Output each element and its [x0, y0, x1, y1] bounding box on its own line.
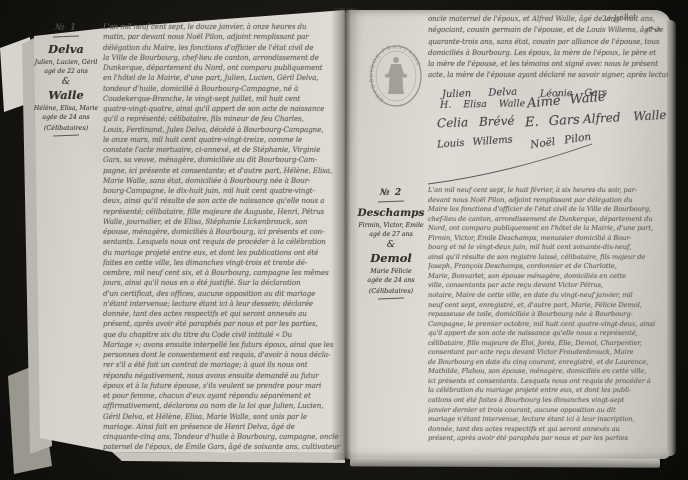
handwriting-line: domiciliés à Bourbourg. Les époux, la mè…	[428, 47, 668, 58]
handwriting-line: Louis, Ferdinand, Jules Delva, décédé à …	[103, 125, 343, 135]
handwriting-line: qu'il a représenté; célibataire, fils mi…	[103, 114, 343, 124]
handwriting-line: Dunkerque, département du Nord, ont comp…	[103, 63, 343, 73]
handwriting-line: rer s'il a été fait un contrat de mariag…	[103, 360, 343, 370]
handwriting-line: Nord, ont comparu publiquement en l'hôte…	[428, 224, 668, 234]
signature: H. Elisa Walle	[440, 98, 525, 110]
handwriting-line: cinquante-cinq ans, Tondeur d'huile à Bo…	[103, 432, 343, 442]
handwriting-line: Campagne, le premier octobre, mil huit c…	[428, 320, 668, 330]
record-1-act-text: L'an mil neuf cent sept, le douze janvie…	[103, 22, 343, 453]
handwriting-line: de Bourbourg en date du cinq courant, en…	[428, 358, 668, 368]
record-1-bride-given-names: Hélène, Elisa, Marie	[27, 105, 105, 112]
record-2-number: № 2	[352, 188, 430, 198]
record-1-bride-surname: Walle	[27, 88, 105, 102]
signature: Celia Brévé	[437, 114, 515, 131]
handwriting-line: la Ville de Bourbourg, chef-lieu de cant…	[103, 53, 343, 63]
record-2-marital-status: (Célibataires)	[352, 287, 430, 295]
handwriting-line: épouse, ménagère, domiciliés à Bourbourg…	[103, 227, 343, 237]
handwriting-line: tondeur d'huile, domicilié à Bourbourg-C…	[103, 84, 343, 94]
handwriting-line: sentants. Lesquels nous ont requis de pr…	[103, 237, 343, 247]
handwriting-line: matin, par devant nous Noël Pilon, adjoi…	[103, 32, 343, 42]
record-1-groom-age: agé de 22 ans	[27, 68, 105, 75]
handwriting-line: notaire, Maire de cette ville, en date d…	[428, 291, 668, 301]
handwriting-line: paternel de l'époux, de Émile Gars, âgé …	[103, 442, 343, 452]
page-stack-edge-right	[667, 20, 676, 456]
handwriting-line: constate l'acte mortuaire, ci-annexé, et…	[103, 145, 343, 155]
handwriting-line: bourg-Campagne, le dix-huit juin, mil hu…	[103, 186, 343, 196]
handwriting-line: ici présents et consentants. Lesquels no…	[428, 377, 668, 387]
handwriting-line: affirmativement, déclarons au nom de la …	[103, 401, 343, 411]
handwriting-line: présent, après avoir été paraphés par no…	[103, 319, 343, 329]
handwriting-line: ville, consentants par acte reçu devant …	[428, 281, 668, 291]
handwriting-line: Mariage »; avons ensuite interpellé les …	[103, 340, 343, 350]
handwriting-line: chef-lieu de canton, arrondissement de D…	[428, 215, 668, 225]
handwriting-line: acte, la mère de l'épouse ayant déclaré …	[428, 69, 668, 80]
handwriting-line: janvier dernier et trois courant, aucune…	[428, 406, 668, 416]
marianne-figure	[385, 57, 408, 94]
handwriting-line: ainsi qu'il résulte de son registre lais…	[428, 253, 668, 263]
record-2-groom-surname: Deschamps	[352, 207, 430, 219]
handwriting-line: mariage n'étant intervenue, lecture étan…	[428, 415, 668, 425]
page-stack-edge-bottom-right	[350, 457, 660, 467]
handwriting-line: qu'il appert de son acte de naissance qu…	[428, 329, 668, 339]
handwriting-line: Marie, Bonvarlet, son épouse ménagère, d…	[428, 272, 668, 282]
underline-flourish	[53, 135, 79, 137]
handwriting-line: Coudekerque-Branche, le vingt-sept juill…	[103, 94, 343, 104]
handwriting-line: oncle maternel de l'époux, et Alfred Wal…	[428, 13, 668, 24]
handwriting-line: le onze mars, mil huit cent quatre-vingt…	[103, 135, 343, 145]
handwriting-line: cations ont été faites à Bourbourg les d…	[428, 396, 668, 406]
record-1-marital-status: (Célibataires)	[27, 124, 105, 132]
handwriting-line: Gars, sa veuve, ménagère, domiciliée au …	[103, 155, 343, 165]
record-2-margin: № 2 Deschamps Firmin, Victor, Emile agé …	[352, 188, 430, 304]
handwriting-line: Mathilde, Flahou, son épouse, ménagère, …	[428, 367, 668, 377]
handwriting-line: époux et à la future épouse, s'ils veule…	[103, 381, 343, 391]
underline-flourish	[378, 298, 404, 300]
record-2-bride-age: agée de 24 ans	[352, 277, 430, 284]
handwriting-line: la mère de l'épouse, et les témoins ont …	[428, 58, 668, 69]
handwriting-line: du mariage projeté entre eux, et dont le…	[103, 248, 343, 258]
record-1-number: № 1	[27, 23, 105, 33]
signature-flourish	[426, 140, 596, 186]
handwriting-line: consentant par acte reçu devant Victor F…	[428, 348, 668, 358]
handwriting-line: L'an mil neuf cent sept, le douze janvie…	[103, 22, 343, 32]
record-2-groom-given-names: Firmin, Victor, Emile	[352, 222, 430, 229]
republique-francaise-stamp: RÉPUBLIQUE FRANÇAISE	[367, 43, 425, 109]
handwriting-line: en l'hôtel de la Mairie, d'une part, Jul…	[103, 73, 343, 83]
record-2-bride-given-names: Marie Félicie	[352, 268, 430, 275]
handwriting-line: quarante-trois ans, sans état, cousin pa…	[428, 36, 668, 47]
handwriting-line: jours, ainsi qu'il nous en a été justifi…	[103, 278, 343, 288]
handwriting-line: Géril Delva, et Hélène, Elisa, Marie Wal…	[103, 412, 343, 422]
handwriting-line: et pour femme, chacun d'eux ayant répond…	[103, 391, 343, 401]
record-2-act-text: L'an mil neuf cent sept, le huit février…	[428, 186, 668, 444]
handwriting-line: mariage. Ainsi fait en présence de Henri…	[103, 422, 343, 432]
record-1-bride-age: agée de 24 ans	[27, 114, 105, 121]
handwriting-line: Joseph, François Deschamps, cordonnier e…	[428, 262, 668, 272]
underline-flourish	[378, 201, 404, 203]
record-1-groom-surname: Delva	[27, 42, 105, 56]
record-1-act-text-continued: oncle maternel de l'époux, et Alfred Wal…	[428, 13, 668, 81]
ampersand-joiner: &	[27, 76, 105, 87]
handwriting-line: célibataire, fille majeure de Éloi, Joré…	[428, 339, 668, 349]
record-1-margin: № 1 Delva Julien, Lucien, Géril agé de 2…	[27, 23, 105, 141]
handwriting-line: que du chapitre six du titre du Code civ…	[103, 330, 343, 340]
handwriting-line: faites en cette ville, les dimanches vin…	[103, 258, 343, 268]
handwriting-line: négociant, cousin germain de l'épouse, e…	[428, 24, 668, 35]
handwriting-line: présent, après avoir été paraphés par no…	[428, 434, 668, 444]
ampersand-joiner: &	[352, 239, 430, 250]
scanned-register-photo: 2e Juillet № 1 Delva Julien, Lucien, Gér…	[0, 0, 688, 480]
handwriting-line: donnée, tant des actes respectifs et qui…	[103, 309, 343, 319]
handwriting-line: pagne, ici présente et consentante; et d…	[103, 166, 343, 176]
handwriting-line: personnes dont le consentement est requi…	[103, 350, 343, 360]
handwriting-line: bourg et né le vingt-deux juin, mil huit…	[428, 243, 668, 253]
handwriting-line: la célébration du mariage projeté entre …	[428, 386, 668, 396]
record-1-groom-given-names: Julien, Lucien, Géril	[27, 59, 105, 66]
underline-flourish	[53, 36, 79, 38]
handwriting-line: Firmin, Victor, Emile Deschamps, menuisi…	[428, 234, 668, 244]
handwriting-line: d'un certificat, des offices, aucune opp…	[103, 289, 343, 299]
handwriting-line: donnée, tant des actes respectifs et qui…	[428, 425, 668, 435]
handwriting-line: Maire les fonctions d'officier de l'état…	[428, 205, 668, 215]
handwriting-line: devant nous Noël Pilon, adjoint rempliss…	[428, 196, 668, 206]
handwriting-line: représenté; célibataire, fille majeure d…	[103, 207, 343, 217]
record-2-groom-age: agé de 27 ans	[352, 231, 430, 238]
handwriting-line: quatre-vingt-quatre, ainsi qu'il appert …	[103, 104, 343, 114]
handwriting-line: répondu négativement, nous avons ensuite…	[103, 371, 343, 381]
record-2-bride-surname: Demol	[352, 251, 430, 265]
handwriting-line: n'étant intervenue; lecture étant ici à …	[103, 299, 343, 309]
handwriting-line: neuf cent sept, enregistré, et, d'autre …	[428, 301, 668, 311]
handwriting-line: L'an mil neuf cent sept, le huit février…	[428, 186, 668, 196]
handwriting-line: délégation du Maire, les fonctions d'off…	[103, 43, 343, 53]
handwriting-line: deux, ainsi qu'il résulte de son acte de…	[103, 196, 343, 206]
handwriting-line: Marie Walle, sans état, domiciliée à Bou…	[103, 176, 343, 186]
handwriting-line: cembre, mil neuf cent six, et à Bourbour…	[103, 268, 343, 278]
handwriting-line: repasseuse de toile, domiciliée à Bourbo…	[428, 310, 668, 320]
handwriting-line: Walle, journalier, et de Elisa, Stéphani…	[103, 217, 343, 227]
signature: E. Gars	[525, 113, 580, 131]
